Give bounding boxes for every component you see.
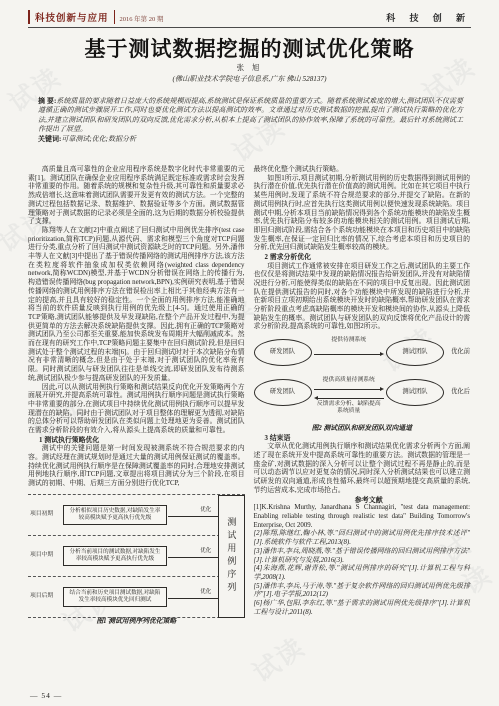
dev-team-ellipse: 研发团队 <box>254 339 312 366</box>
figure1-stage-row: 项目后期 结合当前和历史项目测试数据,对缺陷发生率较高模块优先回归测试 优化 <box>28 577 245 618</box>
page-number: — 54 — <box>30 691 62 700</box>
journal-name: 科技创新与应用 <box>28 10 115 24</box>
after-label: 优化后 <box>444 388 470 397</box>
feedback-label: 反馈需求分析、缺陷提高系统质量 <box>316 401 382 415</box>
right-column: 最终优化整个测试执行策略。 如图1所示,项目测试初期,分析测试用例的历史数据得到… <box>254 166 471 692</box>
dev-team-ellipse: 研发团队 <box>254 379 312 406</box>
left-column: 高质量且高可靠性的企业应用程序系统是数字化时代非常重要的元素[1]。测试团队在确… <box>28 166 245 692</box>
paragraph: 测试中的关键问题是第一时间发现被测系统不符合规范要求的内容。测试经理在测试规划时… <box>28 445 245 489</box>
page-header: 科技创新与应用 2016 年第 20 期 科 技 创 新 <box>28 10 471 24</box>
paragraph: 项目测试工作通常被安排在项目研发工作之后,测试团队的主要工作也仅仅是将测试结果中… <box>254 263 471 333</box>
section-heading-3: 3 结束语 <box>254 434 471 444</box>
body-columns: 高质量且高可靠性的企业应用程序系统是数字化时代非常重要的元素[1]。测试团队在确… <box>28 166 470 692</box>
affiliation: (佛山职业技术学院电子信息系,广东 佛山 528137) <box>0 74 499 84</box>
reference-item: [4]朱海燕,花辉,谢青松,等."测试用例排序的研究"[J].计算机工程与科学,… <box>254 565 471 582</box>
arrow-right-icon <box>314 389 383 390</box>
paragraph: 如图1所示,项目测试初期,分析测试用例的历史数据得到测试用例的执行潜在价值,优先… <box>254 175 471 253</box>
figure1-caption: 图1 测试用例序列优化策略 <box>28 618 245 627</box>
arrow-label: 优化 <box>200 506 211 515</box>
paragraph: 文章从优化测试用例执行顺序和测试结果优化需求分析两个方面,阐述了现在系统开发中提… <box>254 443 471 495</box>
before-label: 优化前 <box>444 348 470 357</box>
stage-label: 项目中期 <box>30 551 63 560</box>
arrow-label: 优化 <box>200 588 211 597</box>
paragraph: 高质量且高可靠性的企业应用程序系统是数字化时代非常重要的元素[1]。测试团队在确… <box>28 166 245 227</box>
abstract-body: 系统质量的要求随着日益庞大的系统规模而提高,系统测试是保证系统质量的重要方式。随… <box>38 97 463 133</box>
reference-item: [3]潘伟丰,李兵,周晓燕,等."基于错误传播网络的回归测试用例排序方法"[J]… <box>254 548 471 565</box>
connector: 提供高质量待测系统 反馈需求分析、缺陷提高系统质量 <box>314 375 385 409</box>
abstract-block: 摘 要:系统质量的要求随着日益庞大的系统规模而提高,系统测试是保证系统质量的重要… <box>38 97 463 144</box>
section-heading-1: 1 测试执行策略优化 <box>28 436 245 446</box>
reference-item: [5]潘伟丰,李兵,马于涛,等."基于复杂软件网络的回归测试用例优先级排序"[J… <box>254 583 471 600</box>
author-name: 张 旭 <box>0 62 499 73</box>
reference-item: [6]杨广华,包阳,李东红,等."基于需求的测试用例优先级排序"[J].计算机工… <box>254 600 471 617</box>
figure2-before-row: 研发团队 提供待测系统 测试团队 优化前 <box>254 335 471 369</box>
section-heading-2: 2 需求分析优化 <box>254 253 471 263</box>
test-case-sequence-box: 测试用例序列 <box>218 495 245 618</box>
figure1: 项目初期 分析相似项目历史数据,对缺陷发生率较高模块赋予更高执行优先级 优化 项… <box>28 494 245 618</box>
keywords-text: 可靠测试;优化;数据分析 <box>61 135 136 143</box>
figure1-stage-row: 项目初期 分析相似项目历史数据,对缺陷发生率较高模块赋予更高执行优先级 优化 <box>28 495 245 536</box>
stage-box: 分析当前项目的测试数据,对缺陷发生率较高模块赋予更高执行优先级 <box>63 546 167 566</box>
paper-page: 试读 试读 试读 试读 试读 试读 试读 试读 试读 试读 科技创新与应用 20… <box>0 0 499 706</box>
references-heading: 参考文献 <box>254 496 471 505</box>
arrow-label: 优化 <box>200 547 211 556</box>
running-head: 科 技 创 新 <box>386 11 471 24</box>
stage-box: 结合当前和历史项目测试数据,对缺陷发生率较高模块优先回归测试 <box>63 587 167 607</box>
abstract-text: 摘 要:系统质量的要求随着日益庞大的系统规模而提高,系统测试是保证系统质量的重要… <box>38 97 463 134</box>
arrow-left-icon <box>316 398 385 399</box>
arrow-label: 提供高质量待测系统 <box>314 376 385 385</box>
arrow-label: 提供待测系统 <box>314 336 385 345</box>
paragraph: 陈翔等人在文献[2]中重点阐述了回归测试中用例优先排序(test case pr… <box>28 227 245 384</box>
test-team-ellipse: 测试团队 <box>386 379 444 406</box>
keywords-label: 关键词: <box>38 135 61 143</box>
reference-item: [1]K.Krishna Murthy, Janardhana S Channa… <box>254 504 471 530</box>
paragraph: 最终优化整个测试执行策略。 <box>254 166 471 175</box>
figure2: 研发团队 提供待测系统 测试团队 优化前 研发团队 提供高质量待测系统 反馈需求… <box>254 335 471 409</box>
reference-item: [2]陈翔,陈继红,鞠小林,等."回归测试中的测试用例优先排序技术述评"[J].… <box>254 530 471 547</box>
figure1-stage-row: 项目中期 分析当前项目的测试数据,对缺陷发生率较高模块赋予更高执行优先级 优化 <box>28 536 245 577</box>
test-team-ellipse: 测试团队 <box>386 339 444 366</box>
stage-box: 分析相似项目历史数据,对缺陷发生率较高模块赋予更高执行优先级 <box>63 505 167 525</box>
figure2-after-row: 研发团队 提供高质量待测系统 反馈需求分析、缺陷提高系统质量 测试团队 优化后 <box>254 375 471 409</box>
figure2-caption: 图2 测试团队和研发团队双向通道 <box>254 425 471 434</box>
paper-title: 基于测试数据挖掘的测试优化策略 <box>0 33 499 63</box>
paragraph: 因此,可以从测试用例执行策略和测试结果反向优化开发策略两个方面展开研究,并提高系… <box>28 384 245 436</box>
journal-issue: 2016 年第 20 期 <box>120 14 164 23</box>
header-rule <box>28 27 471 28</box>
arrow-right-icon <box>314 354 383 355</box>
abstract-label: 摘 要: <box>38 97 56 105</box>
connector: 提供待测系统 <box>314 335 385 369</box>
stage-label: 项目后期 <box>30 592 63 601</box>
stage-label: 项目初期 <box>30 510 63 519</box>
keywords-line: 关键词:可靠测试;优化;数据分析 <box>38 135 463 144</box>
